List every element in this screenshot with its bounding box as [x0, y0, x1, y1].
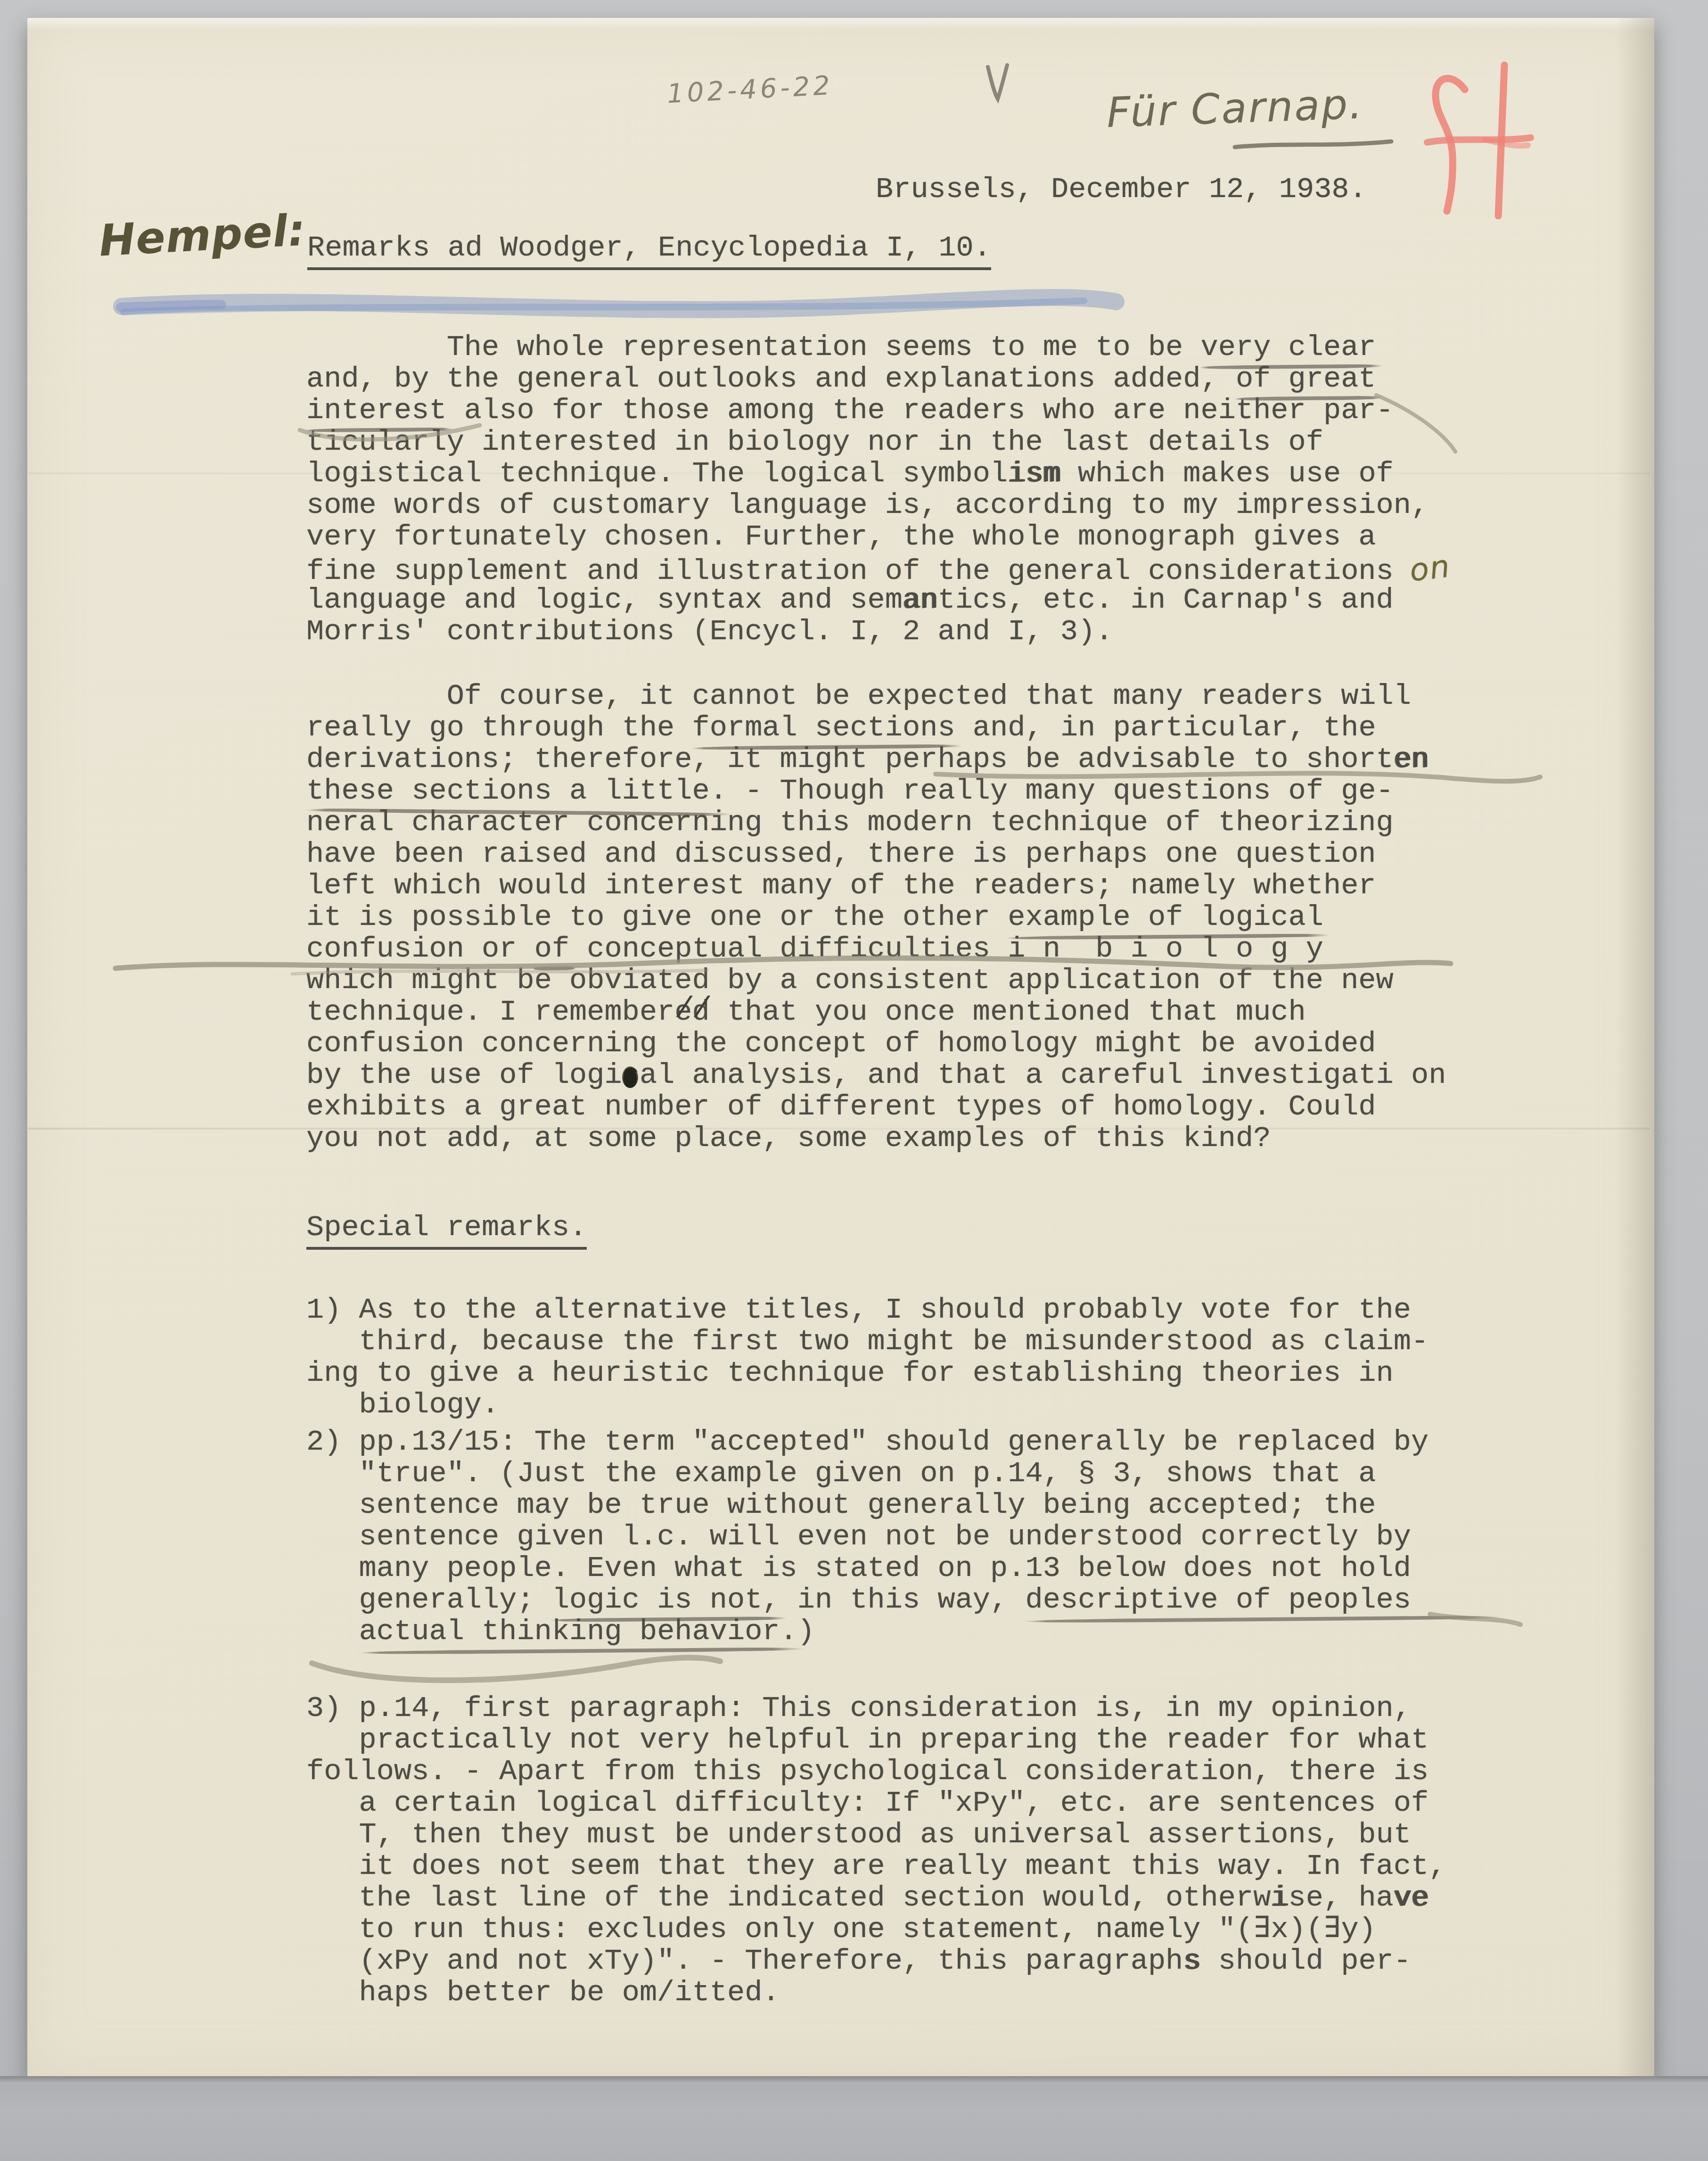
typed-text-run: ve: [1394, 1881, 1429, 1914]
typed-text-run: confusion or: [306, 932, 534, 965]
typed-text-run: haps better be om/itted.: [306, 1976, 780, 2009]
special-remarks-heading: Special remarks.: [306, 1212, 587, 1243]
typed-line: The whole representation seems to me to …: [306, 331, 1450, 363]
typed-line: it is possible to give one or the other …: [306, 901, 1446, 933]
typed-text-run: Morris' contributions (Encycl. I, 2 and …: [306, 615, 1113, 648]
dedication-handwriting: Für Carnap.: [1106, 80, 1364, 137]
typed-text-run: The whole representation seems to me to …: [306, 330, 1201, 364]
typed-text-run: ticularly interested in biology nor in t…: [306, 425, 1323, 459]
page-title: Remarks ad Woodger, Encyclopedia I, 10.: [307, 232, 991, 264]
typed-text-run: follows. - Apart from this psychological…: [306, 1755, 1429, 1788]
remark-1: 1) As to the alternative titles, I shoul…: [306, 1294, 1429, 1420]
typed-text-run: it does not seem that they are really me…: [306, 1849, 1446, 1883]
typed-line: sentence given l.c. will even not be und…: [306, 1521, 1429, 1552]
typed-line: to run thus: excludes only one statement…: [306, 1914, 1446, 1945]
typed-line: sentence may be true without generally b…: [306, 1489, 1429, 1521]
typed-text-run: neral character concerning this modern t…: [306, 806, 1394, 839]
typed-text-run: sentence given l.c. will even not be und…: [306, 1520, 1411, 1553]
typed-text-run: Special remarks.: [306, 1211, 587, 1250]
typed-line: confusion or of conceptual difficulties …: [306, 933, 1446, 965]
typed-text-run: it is possible to give one or the other: [306, 900, 1008, 934]
typed-text-run: by the use of logi: [306, 1058, 622, 1092]
typed-text-run: generally;: [306, 1583, 552, 1617]
typed-line: some words of customary language is, acc…: [306, 489, 1450, 521]
handwritten-margin-note: on: [1408, 550, 1452, 586]
typed-text-run: the last line of the indicated section w…: [306, 1881, 1271, 1914]
typed-line: by the use of logical analysis, and that…: [306, 1059, 1446, 1091]
typed-text-run: practically not very helpful in preparin…: [306, 1723, 1429, 1757]
typed-text-run: some words of customary language is, acc…: [306, 488, 1429, 522]
typed-line: haps better be om/itted.: [306, 1977, 1446, 2008]
date-line: Brussels, December 12, 1938.: [876, 173, 1367, 205]
typed-text-run: ing to give a heuristic technique for es…: [306, 1356, 1394, 1390]
typed-line: exhibits a great number of different typ…: [306, 1091, 1446, 1122]
typed-line: language and logic, syntax and semantics…: [306, 584, 1450, 616]
remark-3: 3) p.14, first paragraph: This considera…: [306, 1692, 1446, 2008]
typed-line: which might be obviated by a consistent …: [306, 965, 1446, 996]
typed-text-run: should per-: [1201, 1944, 1411, 1978]
typed-text-run: c: [622, 1058, 640, 1092]
typed-text-run: - Though really many questions of ge-: [727, 774, 1394, 808]
typed-line: logistical technique. The logical symbol…: [306, 458, 1450, 489]
typed-text-run: you not add, at some place, some example…: [306, 1122, 1271, 1155]
typed-line: Morris' contributions (Encycl. I, 2 and …: [306, 616, 1450, 647]
typed-line: you not add, at some place, some example…: [306, 1122, 1446, 1154]
paragraph-1: The whole representation seems to me to …: [306, 331, 1450, 647]
typed-text-run: actual thinking behavior.: [359, 1615, 797, 1648]
title-text: Remarks ad Woodger, Encyclopedia I, 10.: [307, 231, 991, 270]
typed-text-run: of: [534, 932, 569, 965]
typed-line: Special remarks.: [306, 1212, 587, 1243]
typed-line: very fortunately chosen. Further, the wh…: [306, 521, 1450, 553]
typed-text-run: conceptual difficulties: [569, 932, 1008, 965]
typed-text-run: ed: [674, 995, 709, 1029]
typed-text-run: technique. I remember: [306, 995, 674, 1029]
typed-line: and, by the general outlooks and explana…: [306, 363, 1450, 395]
typed-line: third, because the first two might be mi…: [306, 1326, 1429, 1357]
typed-text-run: very fortunately chosen. Further, the wh…: [306, 520, 1376, 553]
typed-text-run: example of logical: [1008, 900, 1323, 934]
typed-text-run: to run thus: excludes only one statement…: [306, 1913, 1376, 1946]
typed-text-run: al analysis, and that a careful investig…: [640, 1058, 1446, 1092]
typed-line: 2) pp.13/15: The term "accepted" should …: [306, 1426, 1429, 1458]
typed-line: have been raised and discussed, there is…: [306, 838, 1446, 870]
typed-line: derivations; therefore, it might perhaps…: [306, 743, 1446, 775]
typed-line: left which would interest many of the re…: [306, 870, 1446, 901]
typed-text-run: third, because the first two might be mi…: [306, 1325, 1429, 1358]
typed-text-run: 2) pp.13/15: The term "accepted" should …: [306, 1425, 1429, 1459]
typed-line: ticularly interested in biology nor in t…: [306, 426, 1450, 458]
typed-line: fine supplement and illustration of the …: [306, 553, 1450, 584]
typed-text-run: which might be obviated by a consistent …: [306, 964, 1394, 997]
typed-text-run: interest: [306, 394, 447, 427]
paragraph-2: Of course, it cannot be expected that ma…: [306, 680, 1446, 1154]
typed-text-run: very clear: [1201, 330, 1376, 364]
typed-text-run: in this way,: [780, 1583, 1026, 1617]
typed-text-run: exhibits a great number of different typ…: [306, 1090, 1376, 1123]
typed-line: many people. Even what is stated on p.13…: [306, 1552, 1429, 1584]
typed-text-run: formal sections: [692, 711, 955, 744]
typed-line: 3) p.14, first paragraph: This considera…: [306, 1692, 1446, 1724]
typed-text-run: of great: [1236, 362, 1376, 396]
remark-2: 2) pp.13/15: The term "accepted" should …: [306, 1426, 1429, 1647]
typed-text-run: descriptive of peoples: [1025, 1583, 1411, 1617]
typed-line: technique. I remembered that you once me…: [306, 996, 1446, 1028]
typed-text-run: also for those among the readers who are…: [447, 394, 1394, 427]
typed-line: generally; logic is not, in this way, de…: [306, 1584, 1429, 1616]
typed-line: these sections a little. - Though really…: [306, 775, 1446, 807]
typed-text-run: sentence may be true without generally b…: [306, 1488, 1376, 1522]
typed-text-run: ): [797, 1615, 815, 1648]
typed-text-run: logistical technique. The logical symbol: [306, 457, 1008, 490]
typed-text-run: that you once mentioned that much: [710, 995, 1306, 1029]
typed-text-run: really go through the: [306, 711, 692, 744]
typed-line: really go through the formal sections an…: [306, 712, 1446, 743]
typed-text-run: en: [1394, 742, 1429, 776]
document-scan: 102-46-22 Für Carnap. Hempel: Brussels, …: [0, 0, 1708, 2161]
typed-text-run: left which would interest many of the re…: [306, 869, 1376, 902]
typed-text-run: "true". (Just the example given on p.14,…: [306, 1457, 1376, 1490]
typed-text-run: 1) As to the alternative titles, I shoul…: [306, 1293, 1411, 1327]
typed-text-run: these sections a little.: [306, 774, 727, 808]
typed-text-run: derivations; therefore, it might perhaps…: [306, 742, 1078, 776]
typed-line: (xPy and not xTy)". - Therefore, this pa…: [306, 1945, 1446, 1977]
typed-line: confusion concerning the concept of homo…: [306, 1028, 1446, 1059]
typed-text-run: T, then they must be understood as unive…: [306, 1818, 1411, 1851]
typed-text-run: and, in particular, the: [955, 711, 1376, 744]
typed-line: T, then they must be understood as unive…: [306, 1819, 1446, 1850]
typed-text-run: ism: [1008, 457, 1060, 490]
typed-line: neral character concerning this modern t…: [306, 807, 1446, 838]
typed-line: practically not very helpful in preparin…: [306, 1724, 1446, 1756]
typed-line: ing to give a heuristic technique for es…: [306, 1357, 1429, 1389]
typed-text-run: i n b i o l o g y: [1008, 932, 1323, 965]
typed-text-run: tics, etc. in Carnap's and: [937, 583, 1393, 617]
typed-line: "true". (Just the example given on p.14,…: [306, 1458, 1429, 1489]
typed-text-run: Of course, it cannot be expected that ma…: [306, 679, 1411, 713]
typed-text-run: language and logic, syntax and sem: [306, 583, 903, 617]
typed-text-run: confusion concerning the concept of homo…: [306, 1027, 1376, 1060]
typed-text-run: which makes use of: [1060, 457, 1394, 490]
typed-text-run: many people. Even what is stated on p.13…: [306, 1551, 1411, 1585]
typed-text-run: have been raised and discussed, there is…: [306, 837, 1376, 871]
typed-text-run: (xPy and not xTy)". - Therefore, this pa…: [306, 1944, 1183, 1978]
typed-text-run: biology.: [306, 1388, 499, 1421]
typed-line: biology.: [306, 1389, 1429, 1420]
typed-text-run: advisable to short: [1078, 742, 1394, 776]
typed-text-run: and, by the general outlooks and explana…: [306, 362, 1236, 396]
typed-line: a certain logical difficulty: If "xPy", …: [306, 1787, 1446, 1819]
typed-text-run: a certain logical difficulty: If "xPy", …: [306, 1786, 1429, 1820]
typed-text-run: i: [1271, 1881, 1288, 1914]
typed-text-run: an: [903, 583, 937, 617]
typed-line: follows. - Apart from this psychological…: [306, 1756, 1446, 1787]
typed-line: it does not seem that they are really me…: [306, 1850, 1446, 1882]
typed-line: the last line of the indicated section w…: [306, 1882, 1446, 1914]
scan-background-edge: [0, 2076, 1708, 2161]
typed-text-run: logic is not,: [552, 1583, 780, 1617]
typed-line: Of course, it cannot be expected that ma…: [306, 680, 1446, 712]
typed-text-run: 3) p.14, first paragraph: This considera…: [306, 1691, 1411, 1725]
typed-text-run: [306, 1615, 359, 1648]
typed-text-run: se, ha: [1289, 1881, 1394, 1914]
author-annotation-handwriting: Hempel:: [98, 205, 307, 266]
typed-text-run: s: [1183, 1944, 1200, 1978]
typed-line: interest also for those among the reader…: [306, 395, 1450, 426]
typed-line: 1) As to the alternative titles, I shoul…: [306, 1294, 1429, 1326]
